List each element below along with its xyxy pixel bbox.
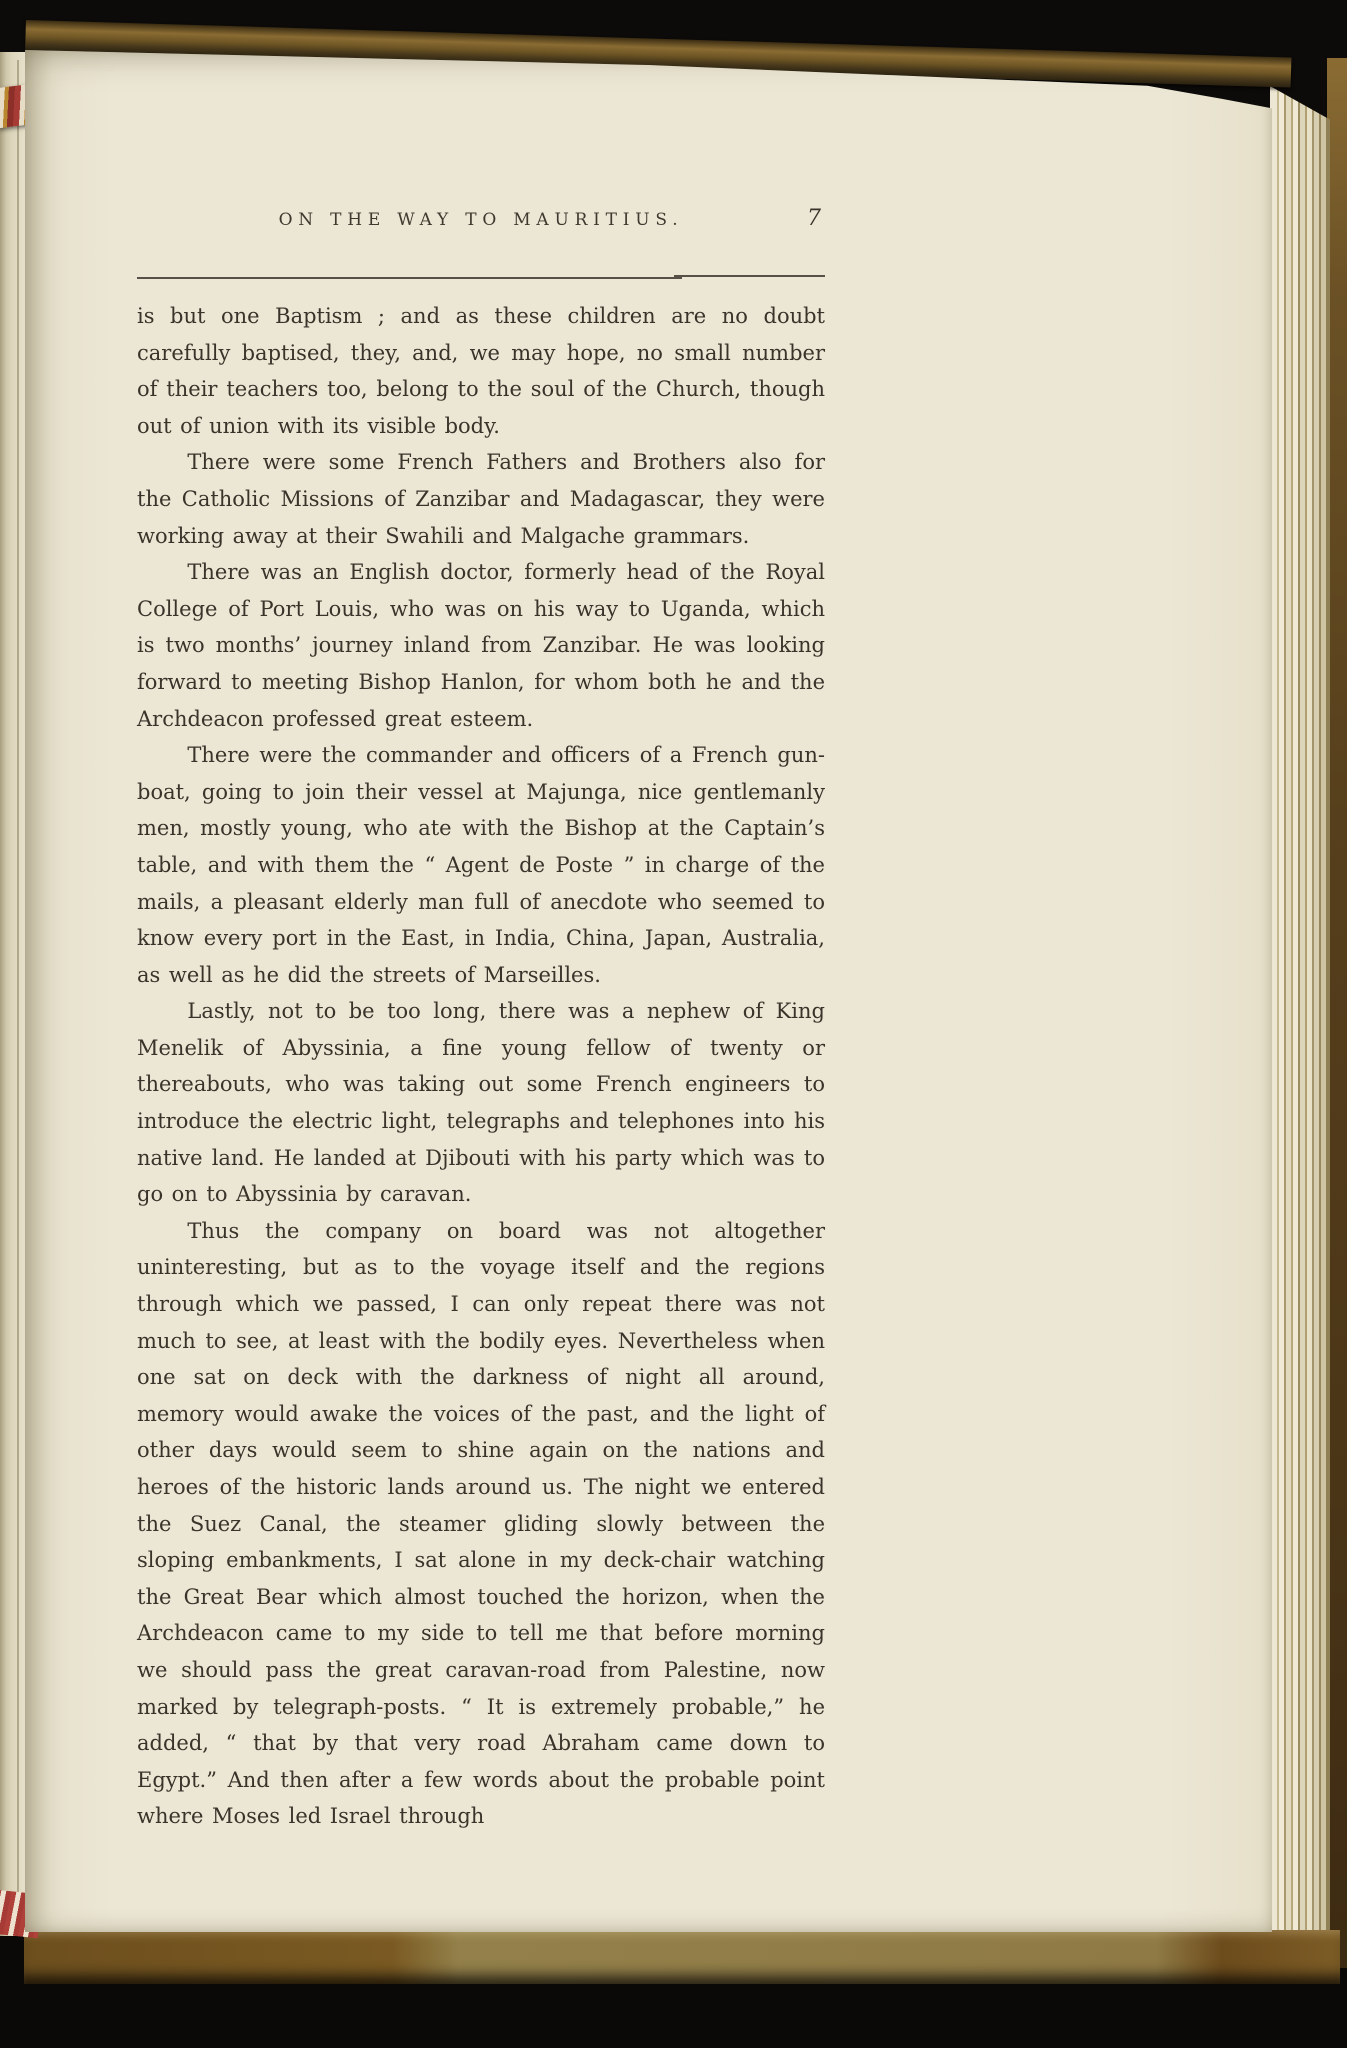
body-text: is but one Baptism ; and as these childr… (137, 298, 825, 1835)
paragraph: Thus the company on board was not altoge… (137, 1213, 825, 1835)
book-cover-board (1327, 58, 1347, 1968)
book-page: ON THE WAY TO MAURITIUS. 7 is but one Ba… (25, 50, 1272, 1932)
header-rule-left (137, 277, 682, 279)
page-edge-stack (1270, 86, 1330, 1952)
page-header: ON THE WAY TO MAURITIUS. 7 (137, 210, 825, 240)
paragraph: Lastly, not to be too long, there was a … (137, 993, 825, 1213)
gutter-crease (17, 60, 19, 1928)
gilt-bottom-edge (24, 1930, 1340, 1984)
page-number: 7 (807, 206, 821, 231)
running-title: ON THE WAY TO MAURITIUS. (137, 210, 825, 230)
paragraph: is but one Baptism ; and as these childr… (137, 298, 825, 444)
paragraph: There were some French Fathers and Broth… (137, 444, 825, 554)
left-page-sliver (0, 52, 26, 1936)
book-photo: ON THE WAY TO MAURITIUS. 7 is but one Ba… (0, 0, 1347, 2048)
paragraph: There were the commander and officers of… (137, 737, 825, 993)
header-rule-right (674, 275, 825, 277)
paragraph: There was an English doctor, formerly he… (137, 554, 825, 737)
